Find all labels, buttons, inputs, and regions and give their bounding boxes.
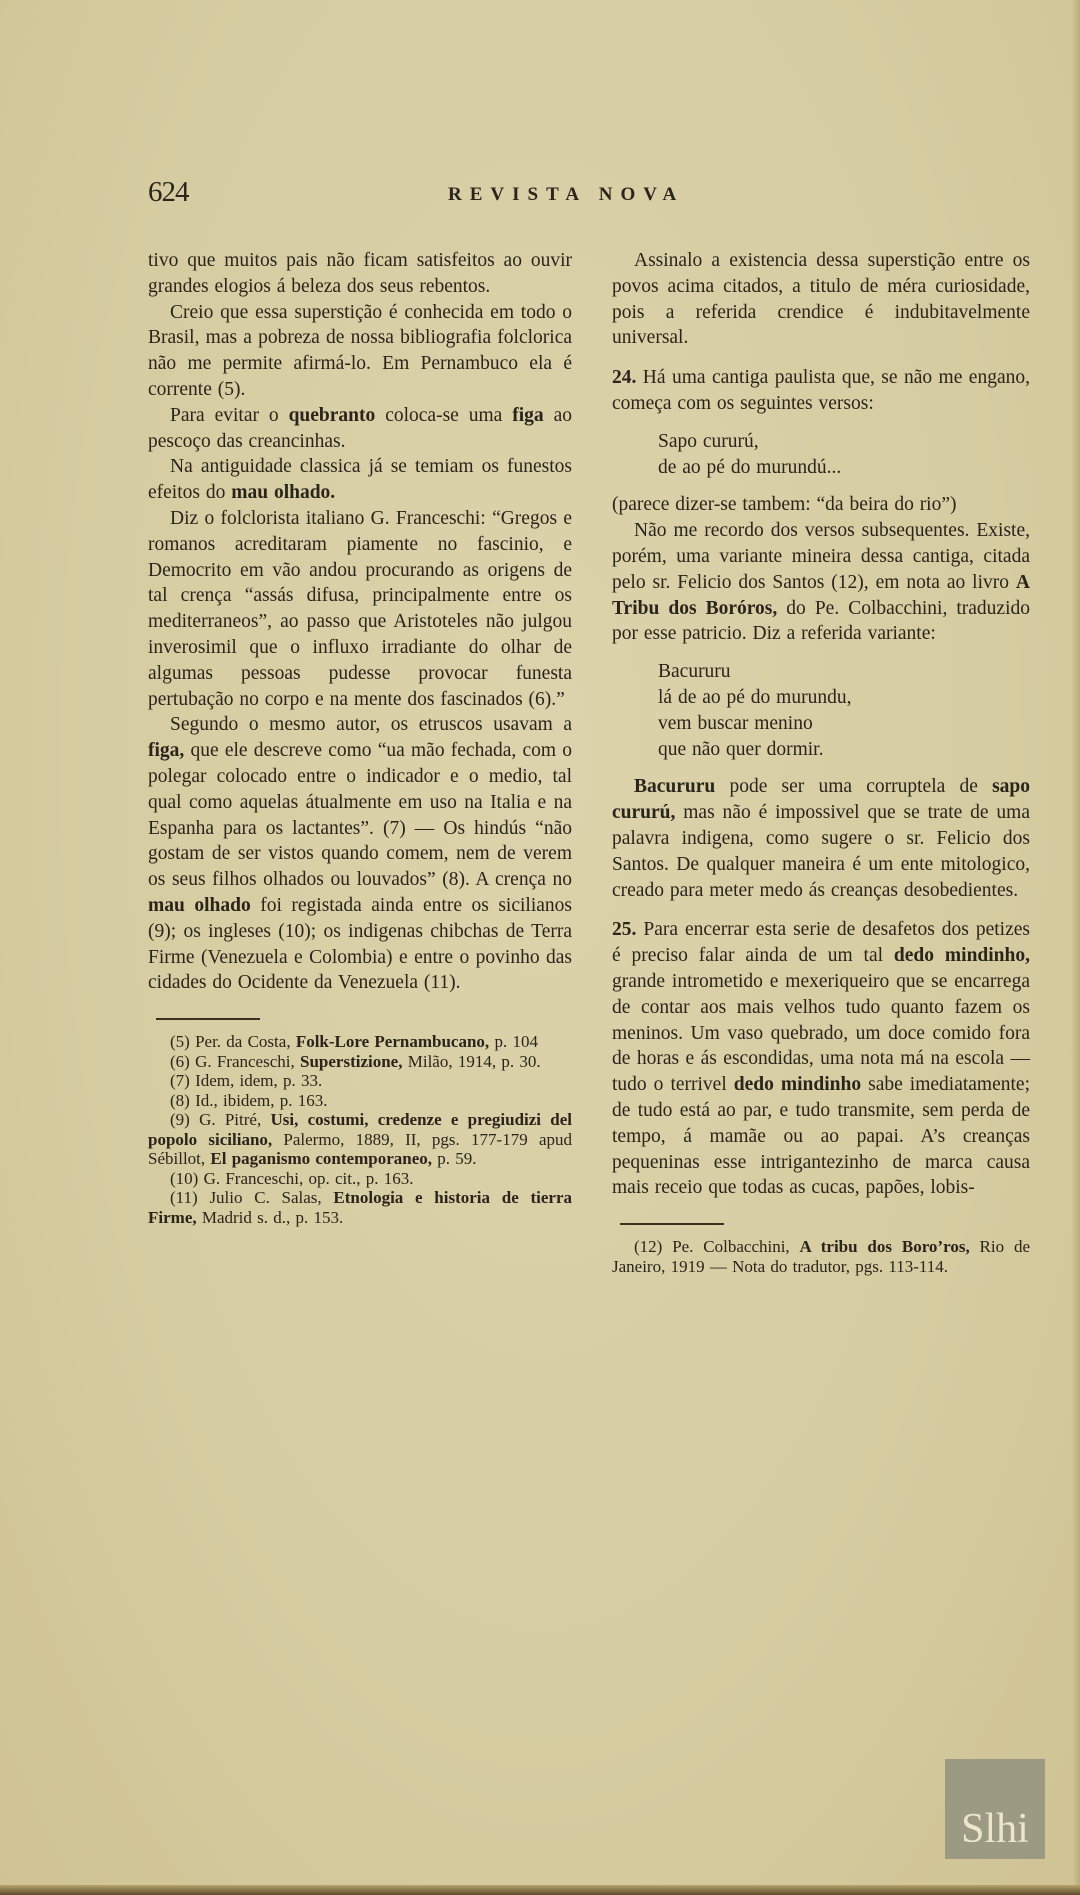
paragraph: Assinalo a existencia dessa superstição … <box>612 248 1030 351</box>
emphasis-term: figa, <box>148 740 184 761</box>
footnotes: (5) Per. da Costa, Folk-Lore Pernambucan… <box>148 1032 572 1227</box>
footnote: (6) G. Franceschi, Superstizione, Milão,… <box>148 1052 572 1072</box>
paragraph: Não me recordo dos versos subsequentes. … <box>612 518 1030 647</box>
footnote: (11) Julio C. Salas, Etnologia e histori… <box>148 1188 572 1227</box>
emphasis-term: mau olhado. <box>231 482 335 503</box>
running-title: REVISTA NOVA <box>448 184 684 206</box>
emphasis-term: quebranto <box>289 405 376 426</box>
verse-bacururu: Bacururu lá de ao pé do murundu, vem bus… <box>658 659 1030 762</box>
footnotes: (12) Pe. Colbacchini, A tribu dos Boro’r… <box>612 1237 1030 1276</box>
left-column: tivo que muitos pais não ficam satisfeit… <box>148 248 572 1227</box>
paragraph: Diz o folclorista italiano G. Franceschi… <box>148 506 572 712</box>
page-number: 624 <box>148 176 189 209</box>
verse-sapo-cururu: Sapo cururú, de ao pé do murundú... <box>658 429 1030 481</box>
footnote-divider <box>156 1018 260 1020</box>
section-number: 25. <box>612 919 636 940</box>
verse-line: vem buscar menino <box>658 711 1030 737</box>
footnote: (5) Per. da Costa, Folk-Lore Pernambucan… <box>148 1032 572 1052</box>
paragraph: Na antiguidade classica já se temiam os … <box>148 454 572 506</box>
page-edge <box>1072 0 1080 1895</box>
verse-line: Sapo cururú, <box>658 429 1030 455</box>
footnote-divider <box>620 1223 724 1225</box>
verse-line: lá de ao pé do murundu, <box>658 685 1030 711</box>
paragraph: Bacururu pode ser uma corruptela de sapo… <box>612 774 1030 903</box>
watermark-logo: Slhi <box>945 1759 1045 1859</box>
emphasis-term: figa <box>512 405 543 426</box>
footnote: (8) Id., ibidem, p. 163. <box>148 1091 572 1111</box>
footnote: (7) Idem, idem, p. 33. <box>148 1071 572 1091</box>
page-header: 624 REVISTA NOVA <box>148 176 1028 210</box>
scanned-page: 624 REVISTA NOVA tivo que muitos pais nã… <box>0 0 1080 1895</box>
section-25: 25. Para encerrar esta serie de desafeto… <box>612 917 1030 1201</box>
paragraph: (parece dizer-se tambem: “da beira do ri… <box>612 492 1030 518</box>
paragraph: Creio que essa superstição é conhecida e… <box>148 300 572 403</box>
paragraph: Segundo o mesmo autor, os etruscos usava… <box>148 712 572 996</box>
section-number: 24. <box>612 367 636 388</box>
footnote: (12) Pe. Colbacchini, A tribu dos Boro’r… <box>612 1237 1030 1276</box>
paragraph: tivo que muitos pais não ficam satisfeit… <box>148 248 572 300</box>
footnote: (9) G. Pitré, Usi, costumi, credenze e p… <box>148 1110 572 1169</box>
verse-line: Bacururu <box>658 659 1030 685</box>
emphasis-term: mau olhado <box>148 895 251 916</box>
verse-line: que não quer dormir. <box>658 737 1030 763</box>
right-column: Assinalo a existencia dessa superstição … <box>612 248 1030 1276</box>
footnote: (10) G. Franceschi, op. cit., p. 163. <box>148 1169 572 1189</box>
paragraph: Para evitar o quebranto coloca-se uma fi… <box>148 403 572 455</box>
verse-line: de ao pé do murundú... <box>658 455 1030 481</box>
section-24: 24. Há uma cantiga paulista que, se não … <box>612 365 1030 417</box>
